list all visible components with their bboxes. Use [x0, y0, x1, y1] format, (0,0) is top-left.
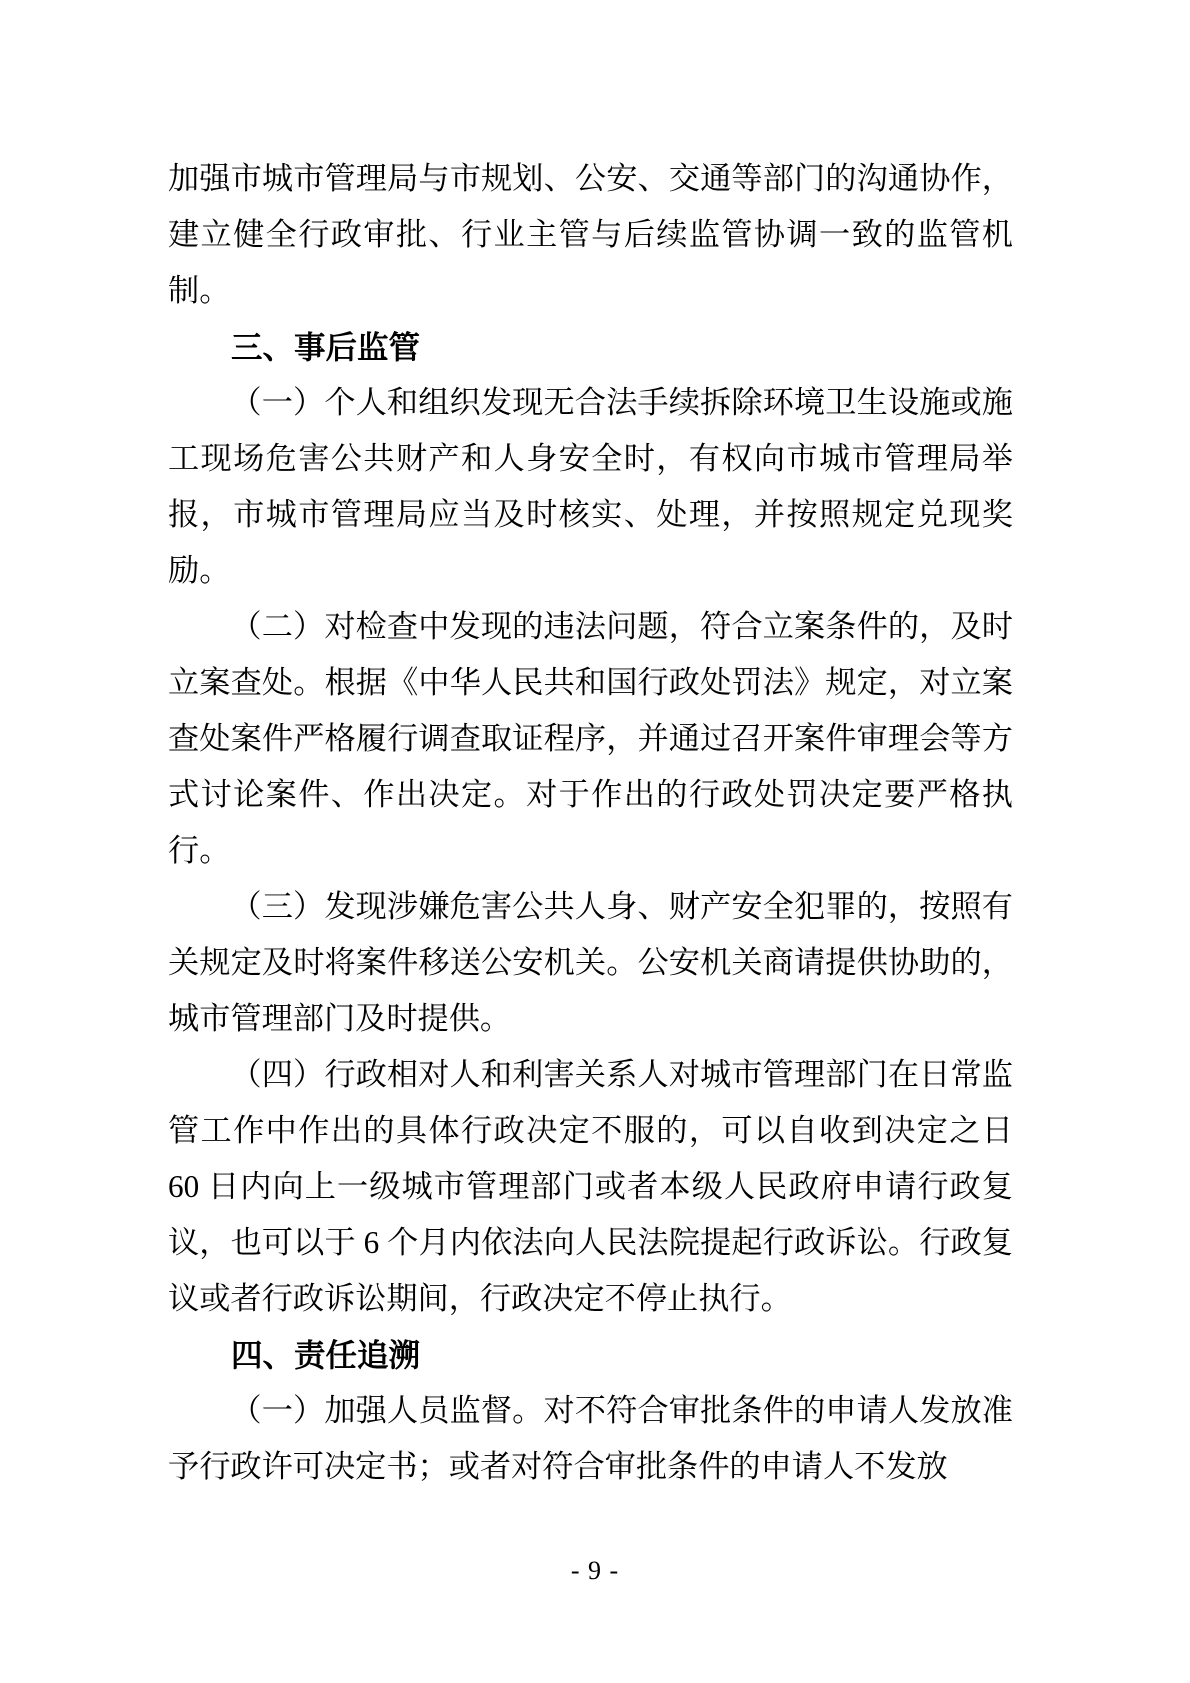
paragraph-item-5: （一）加强人员监督。对不符合审批条件的申请人发放准予行政许可决定书；或者对符合审… — [168, 1383, 1013, 1495]
section-heading-responsibility-tracing: 四、责任追溯 — [168, 1327, 1013, 1383]
paragraph-item-2: （二）对检查中发现的违法问题，符合立案条件的，及时立案查处。根据《中华人民共和国… — [168, 599, 1013, 879]
document-body: 加强市城市管理局与市规划、公安、交通等部门的沟通协作，建立健全行政审批、行业主管… — [168, 151, 1013, 1495]
paragraph-continuation: 加强市城市管理局与市规划、公安、交通等部门的沟通协作，建立健全行政审批、行业主管… — [168, 151, 1013, 319]
paragraph-item-3: （三）发现涉嫌危害公共人身、财产安全犯罪的，按照有关规定及时将案件移送公安机关。… — [168, 879, 1013, 1047]
paragraph-item-1: （一）个人和组织发现无合法手续拆除环境卫生设施或施工现场危害公共财产和人身安全时… — [168, 375, 1013, 599]
paragraph-item-4: （四）行政相对人和利害关系人对城市管理部门在日常监管工作中作出的具体行政决定不服… — [168, 1047, 1013, 1327]
page-number: - 9 - — [0, 1556, 1190, 1586]
section-heading-post-supervision: 三、事后监管 — [168, 319, 1013, 375]
document-page: 加强市城市管理局与市规划、公安、交通等部门的沟通协作，建立健全行政审批、行业主管… — [0, 0, 1190, 1683]
